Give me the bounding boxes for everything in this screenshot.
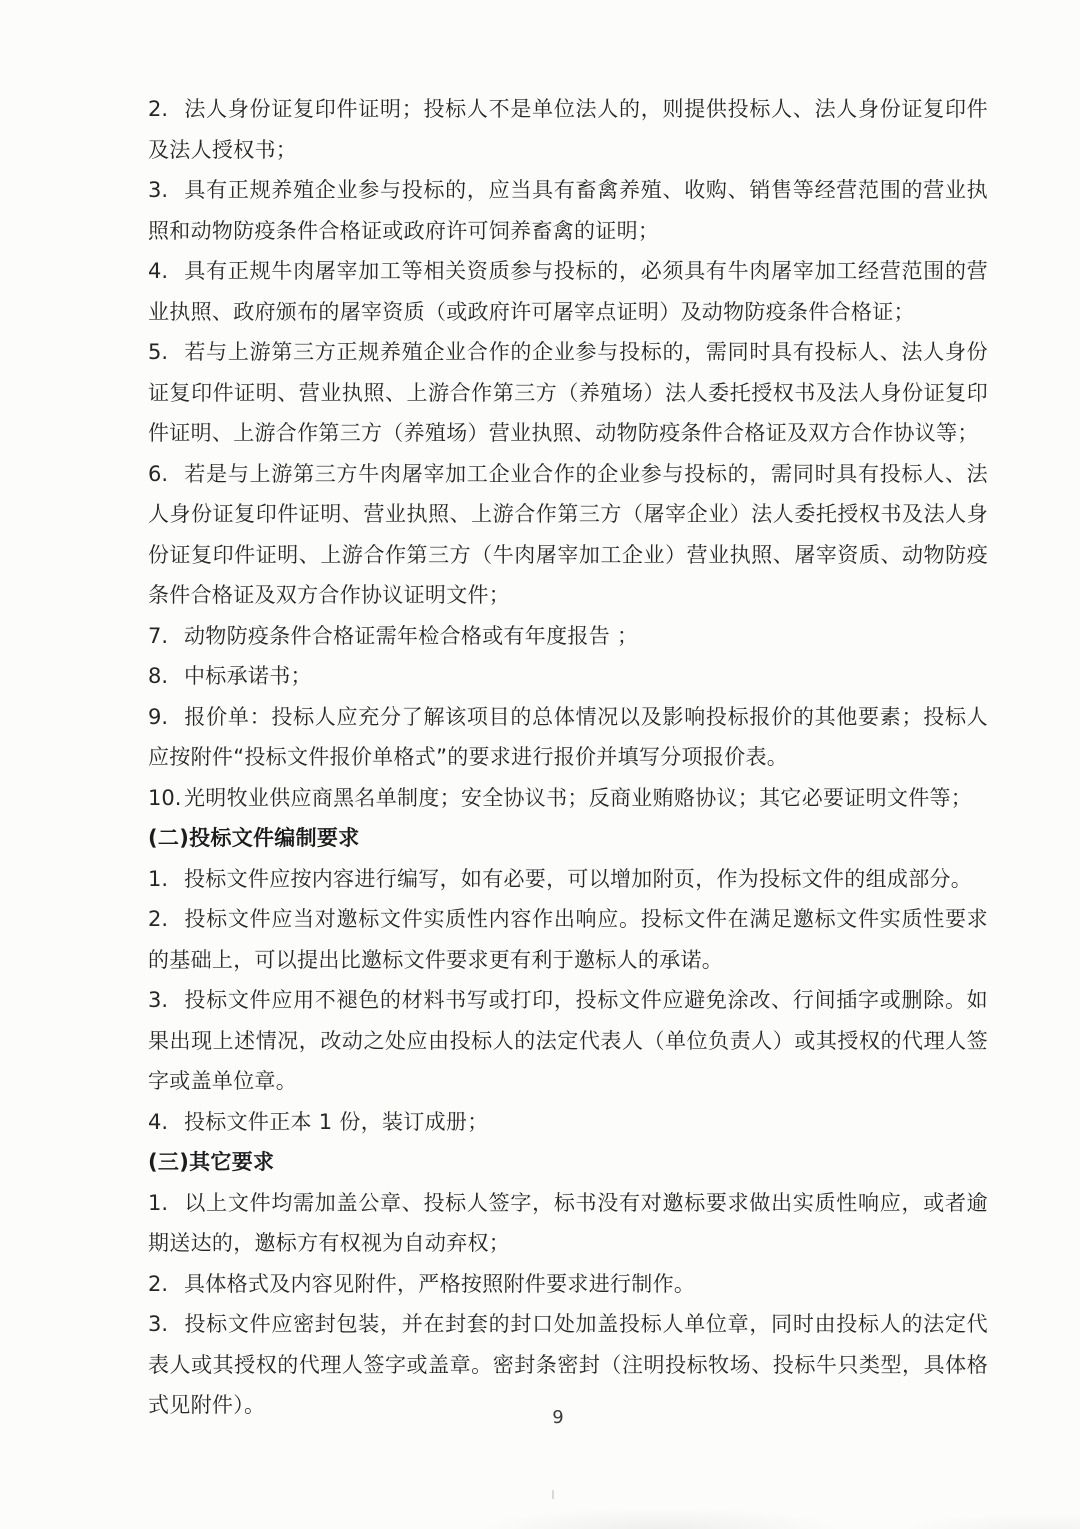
section-heading: (三)其它要求 <box>148 1142 988 1183</box>
item-marker: 3. <box>148 170 184 211</box>
heading-text: (三)其它要求 <box>148 1150 274 1174</box>
item-marker: 3. <box>148 1304 184 1345</box>
item-text: 投标文件应密封包装，并在封套的封口处加盖投标人单位章，同时由投标人的法定代表人或… <box>148 1312 988 1417</box>
item-marker: 2. <box>148 1264 184 1305</box>
numbered-item: 8.中标承诺书； <box>148 656 988 697</box>
numbered-item: 3.投标文件应用不褪色的材料书写或打印，投标文件应避免涂改、行间插字或删除。如果… <box>148 980 988 1102</box>
numbered-item: 4.投标文件正本 1 份，装订成册； <box>148 1102 988 1143</box>
document-body: 2.法人身份证复印件证明；投标人不是单位法人的，则提供投标人、法人身份证复印件及… <box>148 89 988 1426</box>
numbered-item: 9.报价单：投标人应充分了解该项目的总体情况以及影响投标报价的其他要素；投标人应… <box>148 697 988 778</box>
item-text: 中标承诺书； <box>184 664 312 688</box>
scan-artifact <box>552 1490 554 1499</box>
item-text: 具有正规养殖企业参与投标的，应当具有畜禽养殖、收购、销售等经营范围的营业执照和动… <box>148 178 988 243</box>
item-text: 以上文件均需加盖公章、投标人签字，标书没有对邀标要求做出实质性响应，或者逾期送达… <box>148 1191 988 1256</box>
item-text: 投标文件应当对邀标文件实质性内容作出响应。投标文件在满足邀标文件实质性要求的基础… <box>148 907 988 972</box>
numbered-item: 2.具体格式及内容见附件，严格按照附件要求进行制作。 <box>148 1264 988 1305</box>
item-text: 动物防疫条件合格证需年检合格或有年度报告 ； <box>184 624 638 648</box>
item-marker: 5. <box>148 332 184 373</box>
item-marker: 8. <box>148 656 184 697</box>
item-text: 投标文件应按内容进行编写，如有必要，可以增加附页，作为投标文件的组成部分。 <box>184 867 972 891</box>
numbered-item: 7.动物防疫条件合格证需年检合格或有年度报告 ； <box>148 616 988 657</box>
numbered-item: 5.若与上游第三方正规养殖企业合作的企业参与投标的，需同时具有投标人、法人身份证… <box>148 332 988 454</box>
numbered-item: 1.以上文件均需加盖公章、投标人签字，标书没有对邀标要求做出实质性响应，或者逾期… <box>148 1183 988 1264</box>
item-marker: 6. <box>148 454 184 495</box>
numbered-item: 2.法人身份证复印件证明；投标人不是单位法人的，则提供投标人、法人身份证复印件及… <box>148 89 988 170</box>
item-marker: 2. <box>148 89 184 130</box>
item-text: 投标文件应用不褪色的材料书写或打印，投标文件应避免涂改、行间插字或删除。如果出现… <box>148 988 988 1093</box>
item-marker: 1. <box>148 1183 184 1224</box>
item-text: 若与上游第三方正规养殖企业合作的企业参与投标的，需同时具有投标人、法人身份证复印… <box>148 340 988 445</box>
item-marker: 7. <box>148 616 184 657</box>
numbered-item: 1.投标文件应按内容进行编写，如有必要，可以增加附页，作为投标文件的组成部分。 <box>148 859 988 900</box>
numbered-item: 6.若是与上游第三方牛肉屠宰加工企业合作的企业参与投标的，需同时具有投标人、法人… <box>148 454 988 616</box>
item-text: 具有正规牛肉屠宰加工等相关资质参与投标的，必须具有牛肉屠宰加工经营范围的营业执照… <box>148 259 988 324</box>
item-text: 法人身份证复印件证明；投标人不是单位法人的，则提供投标人、法人身份证复印件及法人… <box>148 97 988 162</box>
numbered-item: 3.具有正规养殖企业参与投标的，应当具有畜禽养殖、收购、销售等经营范围的营业执照… <box>148 170 988 251</box>
heading-text: (二)投标文件编制要求 <box>148 826 360 850</box>
item-marker: 10. <box>148 778 184 819</box>
item-marker: 2. <box>148 899 184 940</box>
page-number: 9 <box>0 1406 1080 1430</box>
section-heading: (二)投标文件编制要求 <box>148 818 988 859</box>
numbered-item: 10.光明牧业供应商黑名单制度；安全协议书；反商业贿赂协议；其它必要证明文件等； <box>148 778 988 819</box>
item-text: 光明牧业供应商黑名单制度；安全协议书；反商业贿赂协议；其它必要证明文件等； <box>184 786 972 810</box>
item-marker: 1. <box>148 859 184 900</box>
item-marker: 9. <box>148 697 184 738</box>
item-marker: 4. <box>148 251 184 292</box>
item-marker: 4. <box>148 1102 184 1143</box>
item-text: 若是与上游第三方牛肉屠宰加工企业合作的企业参与投标的，需同时具有投标人、法人身份… <box>148 462 988 608</box>
item-text: 投标文件正本 1 份，装订成册； <box>184 1110 489 1134</box>
item-marker: 3. <box>148 980 184 1021</box>
item-text: 具体格式及内容见附件，严格按照附件要求进行制作。 <box>184 1272 695 1296</box>
numbered-item: 4.具有正规牛肉屠宰加工等相关资质参与投标的，必须具有牛肉屠宰加工经营范围的营业… <box>148 251 988 332</box>
item-text: 报价单：投标人应充分了解该项目的总体情况以及影响投标报价的其他要素；投标人应按附… <box>148 705 988 770</box>
document-page: 2.法人身份证复印件证明；投标人不是单位法人的，则提供投标人、法人身份证复印件及… <box>0 0 1080 1529</box>
numbered-item: 2.投标文件应当对邀标文件实质性内容作出响应。投标文件在满足邀标文件实质性要求的… <box>148 899 988 980</box>
